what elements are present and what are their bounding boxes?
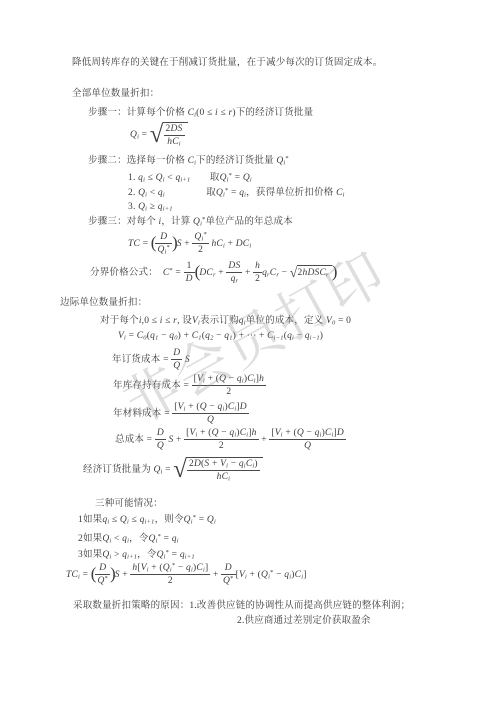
- document-content: 降低周转库存的关键在于削减订货批量，在于减少每次的订货固定成本。全部单位数量折扣…: [0, 0, 500, 707]
- marginal-eoq-formula: 经济订货批量为 Qi = √2D(S + Vi − qiCi)hCi: [83, 457, 263, 483]
- annual-holding-cost: 年库存持有成本 = [Vi + (Q − qi)Ci]h2: [113, 374, 266, 398]
- annual-order-cost: 年订货成本 = DQ S: [112, 348, 190, 372]
- heading-three-cases: 三种可能情况：: [95, 498, 163, 511]
- break-price-formula: 分界价格公式： C* = 1D(DCr + DSqr + h2qrCr − √2…: [90, 261, 336, 285]
- step1-line: 步骤一：计算每个价格 Ci(0 ≤ i ≤ r)下的经济订货批量: [88, 107, 313, 120]
- document-page: 降低周转库存的关键在于削减订货批量，在于减少每次的订货固定成本。全部单位数量折扣…: [0, 0, 500, 707]
- eoq-formula: Qi = √2DShCi: [130, 122, 188, 148]
- heading-marginal-discount: 边际单位数量折扣：: [60, 297, 147, 310]
- step2-case3: 3. Qi ≥ qi+1: [128, 201, 173, 214]
- step2-case2: 2. Qi < qi 取Qi* = qi，获得单位折扣价格 Ci: [128, 187, 345, 200]
- heading-all-unit-discount: 全部单位数量折扣：: [72, 88, 159, 101]
- tc-formula: TC = (DQi*)S + Qi*2 hCi + DCi: [128, 232, 251, 256]
- total-cost-formula: 总成本 = DQ S + [Vi + (Q − qi)Ci]h2 + [Vi +…: [115, 428, 346, 452]
- reason-line-1: 采取数量折扣策略的原因：1.改善供应链的协调性从而提高供应链的整体利润；: [73, 600, 410, 613]
- annual-material-cost: 年材料成本 = [Vi + (Q − qi)Ci]DQ: [113, 402, 249, 426]
- tci-formula: TCi = (DQ*)S + h[Vi + (Qi* − qi)Ci]2 + D…: [66, 563, 307, 587]
- step2-line: 步骤二：选择每一价格 Ci下的经济订货批量 Qi*: [88, 155, 289, 168]
- case3-line: 3如果Qi > qi+1，令Qi* = qi+1: [78, 549, 195, 562]
- marginal-def-line: 对于每个i,0 ≤ i ≤ r, 设Vi表示订购qi单位的成本，定义 V0 = …: [100, 315, 351, 328]
- reason-line-2: 2.供应商通过差别定价获取盈余: [237, 615, 371, 628]
- vi-formula: Vi = C0(q1 − q0) + C1(q2 − q1) + ⋯ + Ci−…: [118, 330, 323, 343]
- step2-case1: 1. qi ≤ Qi < qi+1 取Qi* = Qi: [128, 172, 252, 185]
- step3-line: 步骤三：对每个 i，计算 Qi*单位产品的年总成本: [88, 216, 293, 229]
- case2-line: 2如果Qi < qi，令Qi* = qi: [78, 533, 179, 546]
- intro-line: 降低周转库存的关键在于削减订货批量，在于减少每次的订货固定成本。: [72, 57, 382, 70]
- case1-line: 1如果qi ≤ Qi ≤ qi+1，则令Qi* = Qi: [78, 514, 216, 527]
